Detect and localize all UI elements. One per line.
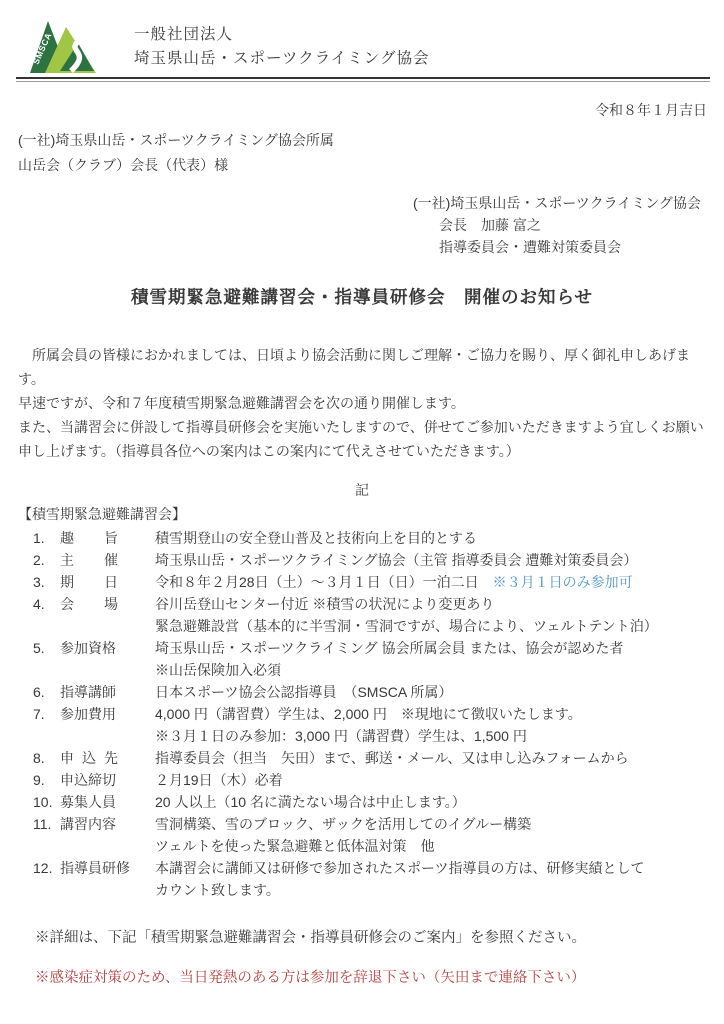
item-number: 12. [33, 857, 60, 879]
letter-date: 令和８年１月吉日 [0, 100, 724, 120]
section-heading: 【積雪期緊急避難講習会】 [0, 503, 724, 525]
notice-item-5: 5. 参加資格 埼玉県山岳・スポーツクライミング 協会所属会員 または、協会が認… [0, 637, 724, 681]
item-value: 本講習会に講師又は研修で参加されたスポーツ指導員の方は、研修実績として [155, 857, 714, 879]
item-number: 3. [33, 571, 60, 593]
sender-block: (一社)埼玉県山岳・スポーツクライミング協会 会長 加藤 富之 指導委員会・遭難… [0, 192, 724, 258]
item-label: 会場 [60, 593, 118, 615]
covid-warning-note: ※感染症対策のため、当日発熱のある方は参加を辞退下さい（矢田まで連絡下さい） [0, 967, 724, 989]
item-label: 講習内容 [60, 816, 116, 832]
item-label: 主催 [60, 549, 118, 571]
notice-title: 積雪期緊急避難講習会・指導員研修会 開催のお知らせ [0, 284, 724, 309]
item-value: 緊急避難設営（基本的に半雪洞・雪洞ですが、場合により、ツェルトテント泊） [155, 615, 714, 637]
notice-item-8: 8. 申込先 指導委員会（担当 矢田）まで、郵送・メール、又は申し込みフォームか… [0, 747, 724, 769]
item-value: 谷川岳登山センター付近 ※積雪の状況により変更あり [155, 593, 714, 615]
letterhead: SMSCA 一般社団法人 埼玉県山岳・スポーツクライミング協会 [30, 20, 708, 76]
item-value: 埼玉県山岳・スポーツクライミング 協会所属会員 または、協会が認めた者 [155, 637, 714, 659]
item-number: 9. [33, 769, 60, 791]
item-number: 6. [33, 681, 60, 703]
item-label: 参加費用 [60, 706, 116, 722]
sender-org: (一社)埼玉県山岳・スポーツクライミング協会 [413, 192, 724, 214]
notice-items: 1. 趣旨 積雪期登山の安全登山普及と技術向上を目的とする 2. 主催 埼玉県山… [0, 527, 724, 901]
item-label: 指導員研修 [60, 860, 130, 876]
notice-item-2: 2. 主催 埼玉県山岳・スポーツクライミング協会（主管 指導委員会 遭難対策委員… [0, 549, 724, 571]
item-value: ツェルトを使った緊急避難と低体温対策 他 [155, 835, 714, 857]
notice-item-10: 10. 募集人員 20 人以上（10 名に満たない場合は中止します。） [0, 791, 724, 813]
notice-item-9: 9. 申込締切 ２月19日（木）必着 [0, 769, 724, 791]
item-value: ※山岳保険加入必須 [155, 659, 714, 681]
body-paragraph: 所属会員の皆様におかれましては、日頃より協会活動に関しご理解・ご協力を賜り、厚く… [0, 343, 724, 463]
notice-item-12: 12. 指導員研修 本講習会に講師又は研修で参加されたスポーツ指導員の方は、研修… [0, 857, 724, 901]
item-value: 20 人以上（10 名に満たない場合は中止します。） [155, 791, 714, 813]
document-page: SMSCA 一般社団法人 埼玉県山岳・スポーツクライミング協会 令和８年１月吉日… [0, 0, 724, 1024]
notice-item-7: 7. 参加費用 4,000 円（講習費）学生は、2,000 円 ※現地にて徴収い… [0, 703, 724, 747]
association-logo: SMSCA [30, 20, 98, 74]
item-value: カウント致します。 [155, 879, 714, 901]
notice-item-3: 3. 期日 令和８年２月28日（土）～３月１日（日）一泊二日 ※３月１日のみ参加… [0, 571, 724, 593]
body-line: 早速ですが、令和７年度積雪期緊急避難講習会を次の通り開催します。 [18, 391, 707, 415]
item-label: 趣旨 [60, 527, 118, 549]
item-value: 令和８年２月28日（土）～３月１日（日）一泊二日 ※３月１日のみ参加可 [155, 571, 714, 593]
detail-note: ※詳細は、下記「積雪期緊急避難講習会・指導員研修会のご案内」を参照ください。 [0, 927, 724, 949]
body-line: また、当講習会に併設して指導員研修会を実施いたしますので、併せてご参加いただきま… [18, 415, 707, 439]
item-number: 7. [33, 703, 60, 725]
notice-item-6: 6. 指導講師 日本スポーツ協会公認指導員 （SMSCA 所属） [0, 681, 724, 703]
notice-item-11: 11. 講習内容 雪洞構築、雪のブロック、ザックを活用してのイグルー構築 ツェル… [0, 813, 724, 857]
org-name: 埼玉県山岳・スポーツクライミング協会 [134, 47, 429, 71]
item-value: 日本スポーツ協会公認指導員 （SMSCA 所属） [155, 681, 714, 703]
sender-committee: 指導委員会・遭難対策委員会 [413, 236, 724, 258]
item-value: 指導委員会（担当 矢田）まで、郵送・メール、又は申し込みフォームから [155, 747, 714, 769]
ki-mark: 記 [0, 479, 724, 501]
item-value: ※３月１日のみ参加：3,000 円（講習費）学生は、1,500 円 [155, 725, 714, 747]
item-value: 積雪期登山の安全登山普及と技術向上を目的とする [155, 527, 714, 549]
item-number: 1. [33, 527, 60, 549]
body-line: 所属会員の皆様におかれましては、日頃より協会活動に関しご理解・ご協力を賜り、厚く… [18, 343, 707, 391]
item-label: 募集人員 [60, 794, 116, 810]
body-line: 申し上げます。（指導員各位への案内はこの案内にて代えさせていただきます。） [18, 439, 707, 463]
item-number: 2. [33, 549, 60, 571]
item-label: 参加資格 [60, 640, 116, 656]
item-number: 8. [33, 747, 60, 769]
item-value-text: 令和８年２月28日（土）～３月１日（日）一泊二日 [155, 574, 493, 590]
notice-item-4: 4. 会場 谷川岳登山センター付近 ※積雪の状況により変更あり 緊急避難設営（基… [0, 593, 724, 637]
org-type: 一般社団法人 [134, 23, 429, 47]
item-number: 4. [33, 593, 60, 615]
item-label: 申込先 [60, 747, 118, 769]
item-number: 11. [33, 813, 60, 835]
item-number: 5. [33, 637, 60, 659]
org-name-block: 一般社団法人 埼玉県山岳・スポーツクライミング協会 [134, 20, 429, 71]
item-label: 指導講師 [60, 684, 116, 700]
item-value: ２月19日（木）必着 [155, 769, 714, 791]
item-value: 4,000 円（講習費）学生は、2,000 円 ※現地にて徴収いたします。 [155, 703, 714, 725]
item-value: 埼玉県山岳・スポーツクライミング協会（主管 指導委員会 遭難対策委員会） [155, 549, 714, 571]
recipient-block: (一社)埼玉県山岳・スポーツクライミング協会所属 山岳会（クラブ）会長（代表）様 [0, 128, 724, 178]
recipient-name: 山岳会（クラブ）会長（代表）様 [18, 153, 724, 178]
item-label: 申込締切 [60, 772, 116, 788]
letterhead-rule [16, 77, 710, 82]
item-number: 10. [33, 791, 60, 813]
notice-item-1: 1. 趣旨 積雪期登山の安全登山普及と技術向上を目的とする [0, 527, 724, 549]
item-value-note-blue: ※３月１日のみ参加可 [493, 574, 633, 590]
sender-president: 会長 加藤 富之 [413, 214, 724, 236]
item-value: 雪洞構築、雪のブロック、ザックを活用してのイグルー構築 [155, 813, 714, 835]
recipient-affiliation: (一社)埼玉県山岳・スポーツクライミング協会所属 [18, 128, 724, 153]
item-label: 期日 [60, 571, 118, 593]
